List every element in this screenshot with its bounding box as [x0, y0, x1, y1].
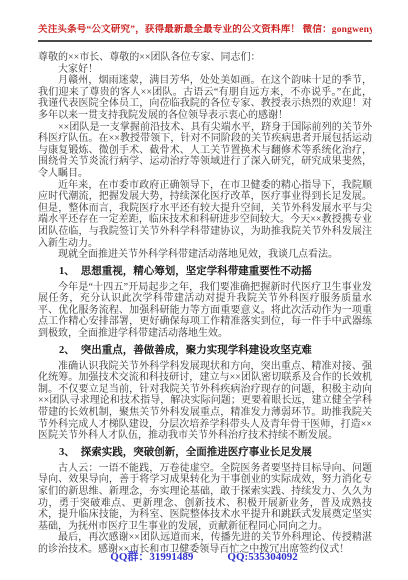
qq-personal-number: QQ:535304092 [227, 551, 297, 563]
body-paragraph: 月赣州，烟雨迷蒙，满目芳华，处处美如画。在这个韵味十足的季节，我们迎来了尊贵的客… [38, 75, 372, 121]
section-title: 突出重点，善做善成，聚力实现学科建设攻坚克难 [81, 345, 312, 356]
footer-contacts: QQ群：31991489QQ:535304092 [0, 548, 408, 564]
document-body: 尊敬的××市长、尊敬的××团队各位专家、同志们：大家好！月赣州，烟雨迷蒙，满目芳… [38, 52, 372, 556]
section-heading: 2、突出重点，善做善成，聚力实现学科建设攻坚克难 [38, 345, 372, 357]
section-heading: 1、思想重视，精心筹划，坚定学科带建重要性不动摇 [38, 266, 372, 278]
body-paragraph: 大家好！ [38, 64, 372, 76]
section-title: 探索实践，突破创新，全面推进医疗事业长足发展 [81, 447, 312, 458]
salutation-line: 尊敬的××市长、尊敬的××团队各位专家、同志们： [38, 52, 372, 64]
section-number: 3、 [59, 447, 75, 458]
section-heading: 3、探索实践，突破创新，全面推进医疗事业长足发展 [38, 447, 372, 459]
body-paragraph: 古人云：一语不能践，万卷徒虚空。全院医务者要坚持目标导向、问题导向、效果导向，善… [38, 463, 372, 533]
section-number: 1、 [59, 266, 75, 277]
body-paragraph: 现就全面推进关节外科学科带建活动落地见效，我谈几点看法。 [38, 249, 372, 261]
section-number: 2、 [59, 345, 75, 356]
section-title: 思想重视，精心筹划，坚定学科带建重要性不动摇 [81, 266, 312, 277]
body-paragraph: ××团队是一支掌握前沿技术、具有尖端水平，跻身于国际前列的关节外科医疗队伍。在×… [38, 122, 372, 180]
qq-group-number: QQ群：31991489 [110, 551, 193, 563]
promo-header-notice: 关注头条号“公文研究”，获得最新最全最专业的公文资料库！ 微信：gongweny… [38, 24, 372, 42]
body-paragraph: 准确认识我院关节外科学科发展现状和方向，突出重点、精准对接、强化统筹。加强技术交… [38, 361, 372, 442]
body-paragraph: 近年来，在市委市政府正确领导下，在市卫健委的精心指导下，我院顺应时代潮流，把握发… [38, 180, 372, 250]
body-paragraph: 今年是“十四五”开局起步之年，我们要准确把握新时代医疗卫生事业发展任务，充分认识… [38, 282, 372, 340]
document-page: 关注头条号“公文研究”，获得最新最全最专业的公文资料库！ 微信：gongweny… [0, 0, 408, 580]
